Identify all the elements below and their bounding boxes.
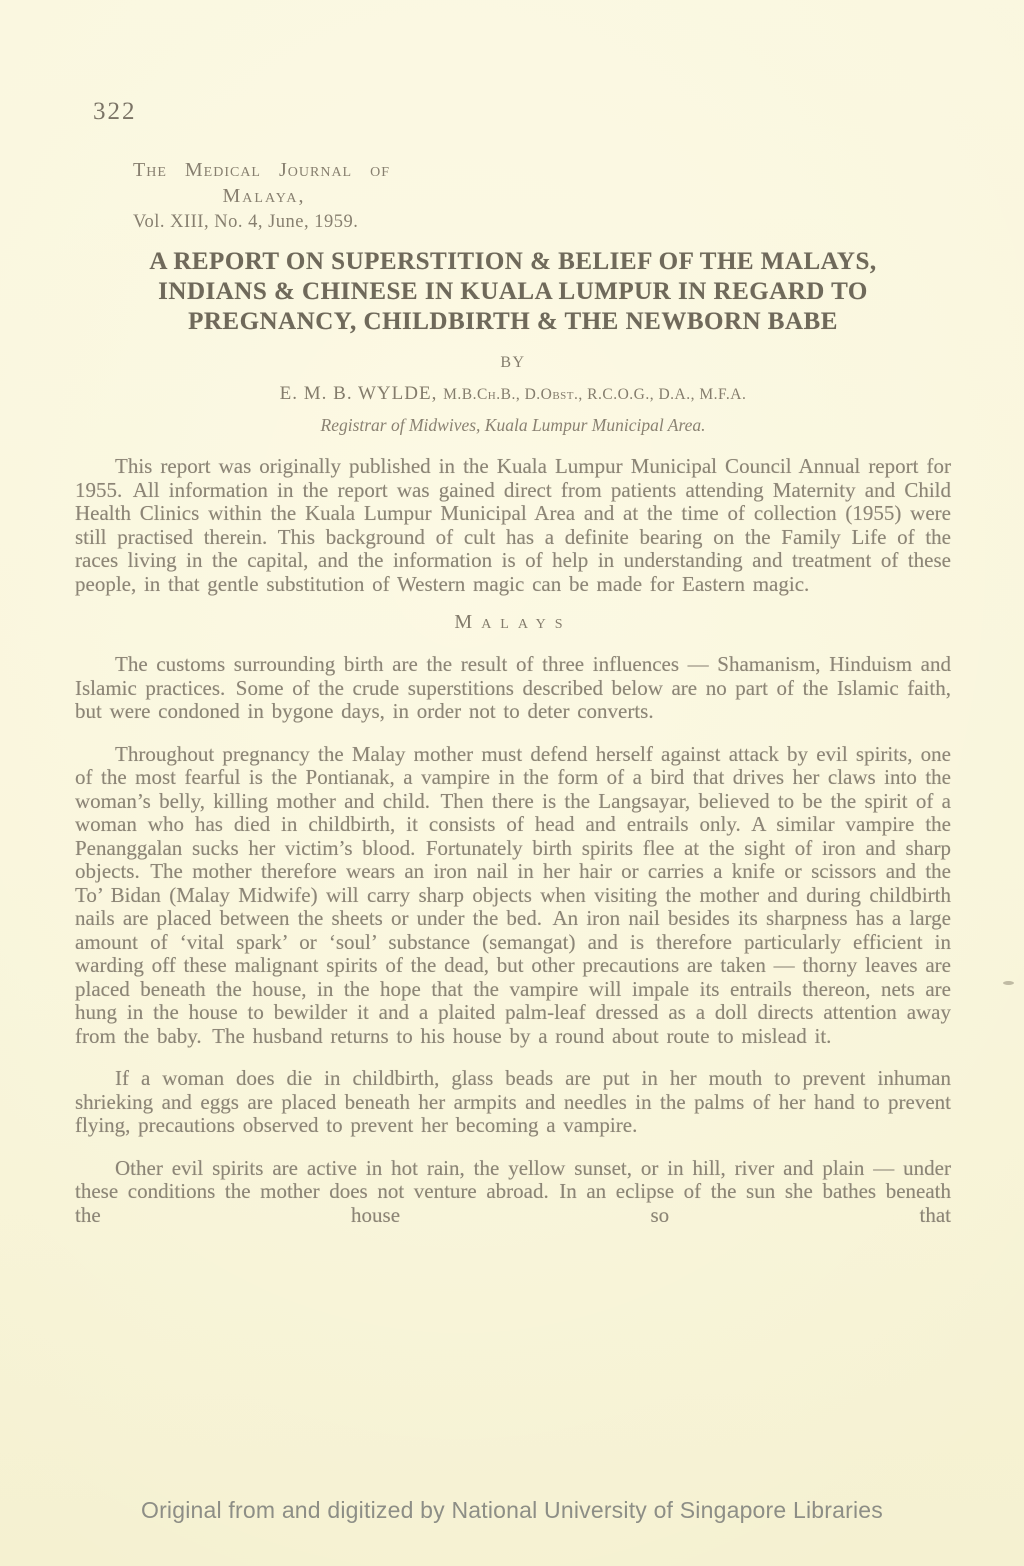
section-heading-malays: Malays [75,611,951,634]
journal-masthead: The Medical Journal of Malaya, Vol. XIII… [133,157,395,235]
intro-paragraph: This report was originally published in … [75,455,951,596]
journal-volume-issue-date: Vol. XIII, No. 4, June, 1959. [133,209,395,235]
page-content: 322 The Medical Journal of Malaya, Vol. … [75,0,951,1227]
malays-paragraph-1: The customs surrounding birth are the re… [75,653,951,724]
article-title: A REPORT ON SUPERSTITION & BELIEF OF THE… [75,247,951,337]
digitization-credit: Original from and digitized by National … [0,1497,1024,1524]
scanned-journal-page: 322 The Medical Journal of Malaya, Vol. … [0,0,1024,1566]
scan-artifact-speck [1003,981,1014,985]
malays-paragraph-2: Throughout pregnancy the Malay mother mu… [75,743,951,1049]
page-number: 322 [93,97,951,127]
byline-label: BY [75,354,951,372]
article-title-line-1: A REPORT ON SUPERSTITION & BELIEF OF THE… [75,247,951,277]
malays-paragraph-3: If a woman does die in childbirth, glass… [75,1067,951,1138]
author-line: E. M. B. WYLDE, M.B.Ch.B., D.Obst., R.C.… [75,383,951,405]
author-name: E. M. B. WYLDE, [280,383,438,404]
article-title-line-2: INDIANS & CHINESE IN KUALA LUMPUR IN REG… [75,277,951,307]
author-credentials: M.B.Ch.B., D.Obst., R.C.O.G., D.A., M.F.… [443,386,746,403]
journal-name: The Medical Journal of [133,157,395,183]
author-affiliation: Registrar of Midwives, Kuala Lumpur Muni… [75,415,951,436]
journal-name-continued: Malaya, [133,183,395,209]
article-title-line-3: PREGNANCY, CHILDBIRTH & THE NEWBORN BABE [75,307,951,337]
malays-paragraph-4-continued: Other evil spirits are active in hot rai… [75,1157,951,1228]
